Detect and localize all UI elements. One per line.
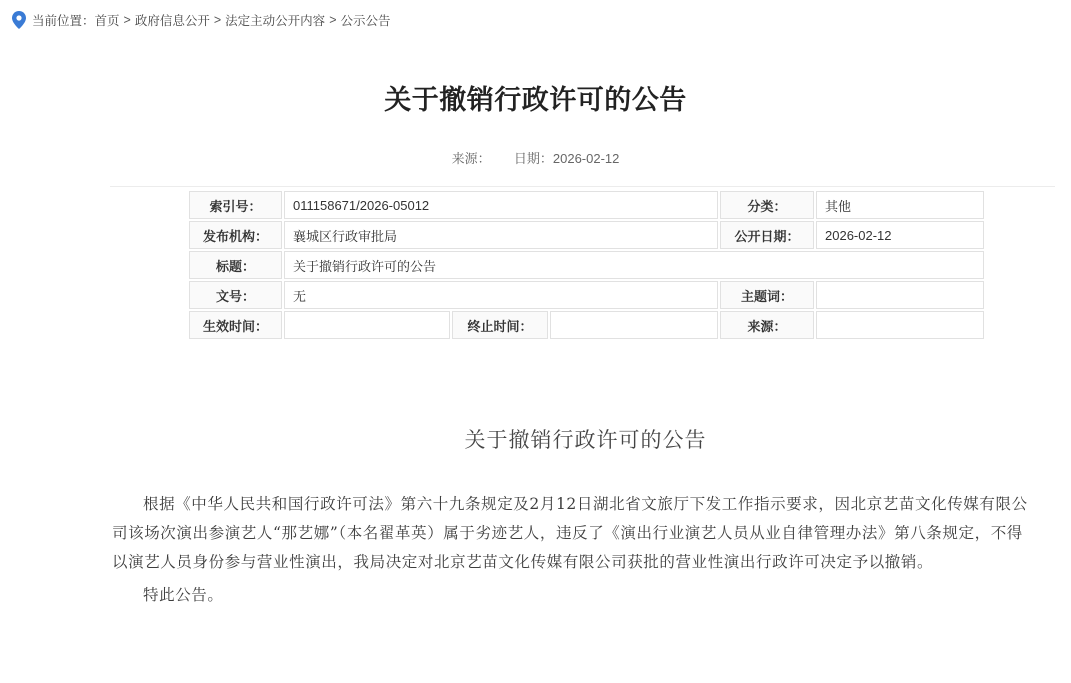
table-row: 标题： 关于撤销行政许可的公告 [189, 251, 984, 279]
date-value: 2026-02-12 [553, 151, 620, 166]
breadcrumb-separator: > [214, 13, 221, 27]
expiry-label: 终止时间： [452, 311, 548, 339]
breadcrumb-statutory-disclosure[interactable]: 法定主动公开内容 [225, 11, 325, 29]
breadcrumb: 当前位置： 首页 > 政府信息公开 > 法定主动公开内容 > 公示公告 [12, 9, 391, 31]
publish-date-value: 2026-02-12 [816, 221, 984, 249]
doc-no-label: 文号： [189, 281, 282, 309]
date-label: 日期： [514, 151, 553, 166]
page-title: 关于撤销行政许可的公告 [0, 78, 1071, 117]
divider [110, 186, 1055, 187]
keyword-value [816, 281, 984, 309]
breadcrumb-home[interactable]: 首页 [95, 11, 120, 29]
index-no-value: 011158671/2026-05012 [284, 191, 718, 219]
publish-date-label: 公开日期： [720, 221, 814, 249]
breadcrumb-gov-info-disclosure[interactable]: 政府信息公开 [135, 11, 210, 29]
breadcrumb-separator: > [124, 13, 131, 27]
category-label: 分类： [720, 191, 814, 219]
keyword-label: 主题词： [720, 281, 814, 309]
article-paragraph: 根据《中华人民共和国行政许可法》第六十九条规定及2月12日湖北省文旅厅下发工作指… [112, 490, 1037, 577]
publisher-value: 襄城区行政审批局 [284, 221, 718, 249]
breadcrumb-public-notices[interactable]: 公示公告 [341, 11, 391, 29]
breadcrumb-separator: > [329, 13, 336, 27]
title-value: 关于撤销行政许可的公告 [284, 251, 984, 279]
index-no-label: 索引号： [189, 191, 282, 219]
article-body: 根据《中华人民共和国行政许可法》第六十九条规定及2月12日湖北省文旅厅下发工作指… [112, 490, 1037, 610]
source-label: 来源： [452, 151, 491, 166]
title-label: 标题： [189, 251, 282, 279]
publisher-label: 发布机构： [189, 221, 282, 249]
table-row: 索引号： 011158671/2026-05012 分类： 其他 [189, 191, 984, 219]
article-title: 关于撤销行政许可的公告 [0, 424, 1071, 454]
article-closing: 特此公告。 [112, 581, 1037, 610]
table-row: 发布机构： 襄城区行政审批局 公开日期： 2026-02-12 [189, 221, 984, 249]
doc-no-value: 无 [284, 281, 718, 309]
category-value: 其他 [816, 191, 984, 219]
source-value [816, 311, 984, 339]
table-row: 生效时间： 终止时间： 来源： [189, 311, 984, 339]
source-label: 来源： [720, 311, 814, 339]
effective-label: 生效时间： [189, 311, 282, 339]
table-row: 文号： 无 主题词： [189, 281, 984, 309]
breadcrumb-prefix: 当前位置： [32, 11, 95, 29]
location-pin-icon [12, 11, 26, 29]
effective-value [284, 311, 450, 339]
info-table: 索引号： 011158671/2026-05012 分类： 其他 发布机构： 襄… [187, 189, 986, 341]
expiry-value [550, 311, 718, 339]
meta-line: 来源： 日期：2026-02-12 [0, 148, 1071, 167]
